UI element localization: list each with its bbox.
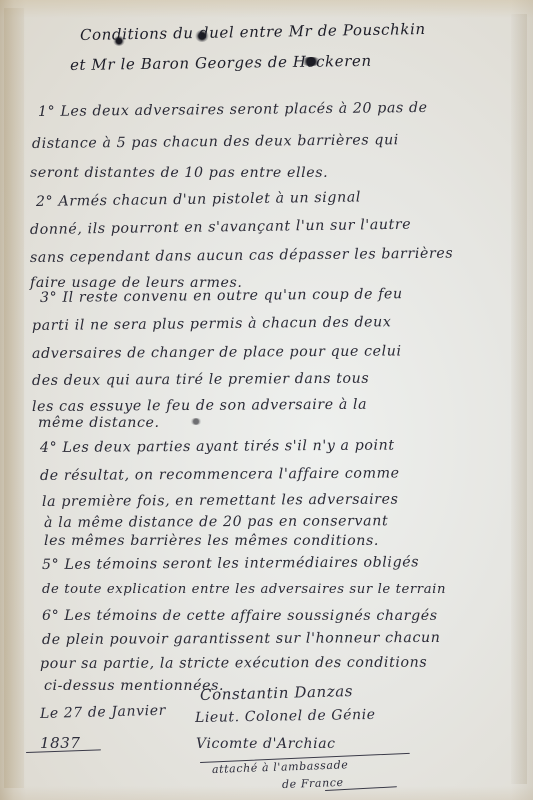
left-paper-edge-stain [4, 8, 24, 788]
condition-6-line-4: ci-dessus mentionnées. [44, 678, 224, 694]
signature-danzas-title: Lieut. Colonel de Génie [195, 707, 376, 726]
document-date: Le 27 de Janvier [40, 703, 166, 722]
condition-3-line-5: les cas essuye le feu de son adversaire … [32, 397, 367, 415]
condition-1-line-1: 1° Les deux adversaires seront placés à … [38, 100, 428, 120]
condition-5-line-2: de toute explication entre les adversair… [42, 582, 446, 597]
condition-6-line-3: pour sa partie, la stricte exécution des… [40, 655, 427, 672]
condition-4-line-1: 4° Les deux parties ayant tirés s'il n'y… [40, 438, 395, 456]
condition-3-line-3: adversaires de changer de place pour que… [32, 343, 402, 362]
condition-2-line-1: 2° Armés chacun d'un pistolet à un signa… [36, 189, 361, 210]
condition-2-line-3: sans cependant dans aucun cas dépasser l… [30, 246, 453, 266]
document-title-line-2: et Mr le Baron Georges de Heckeren [70, 52, 372, 74]
year-underline [26, 749, 101, 753]
condition-2-line-2: donné, ils pourront en s'avançant l'un s… [30, 217, 411, 238]
condition-4-line-2: de résultat, on recommencera l'affaire c… [40, 465, 400, 484]
condition-3-line-4: des deux qui aura tiré le premier dans t… [32, 371, 369, 389]
condition-6-line-2: de plein pouvoir garantissent sur l'honn… [42, 630, 441, 648]
condition-1-line-2: distance à 5 pas chacun des deux barrièr… [32, 132, 399, 152]
right-paper-edge-stain [511, 14, 527, 784]
document-title-line-1: Conditions du duel entre Mr de Pouschkin [80, 20, 426, 44]
condition-4-line-3: la première fois, en remettant les adver… [42, 492, 399, 510]
condition-6-line-1: 6° Les témoins de cette affaire soussign… [42, 608, 438, 624]
ink-blot [190, 418, 202, 425]
condition-3-line-1: 3° Il reste convenu en outre qu'un coup … [40, 286, 403, 306]
signature-danzas-name: Constantin Danzas [200, 682, 354, 704]
signature-archiac-name: Vicomte d'Archiac [196, 736, 336, 752]
condition-4-line-5: les mêmes barrières les mêmes conditions… [44, 533, 379, 549]
condition-4-line-4: à la même distance de 20 pas en conserva… [44, 513, 388, 531]
document-page: Conditions du duel entre Mr de Pouschkin… [0, 0, 533, 800]
condition-1-line-3: seront distantes de 10 pas entre elles. [30, 165, 328, 181]
condition-5-line-1: 5° Les témoins seront les intermédiaires… [42, 554, 419, 573]
condition-3-line-2: parti il ne sera plus permis à chacun de… [32, 314, 392, 334]
condition-3-line-6: même distance. [38, 415, 160, 431]
